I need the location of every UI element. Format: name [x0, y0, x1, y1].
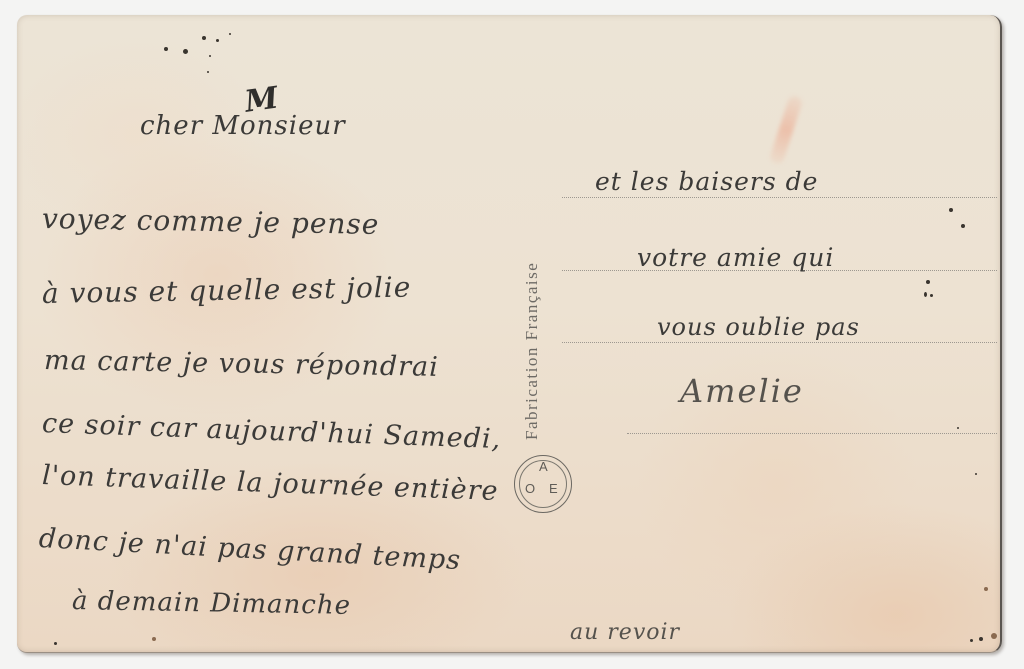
stamp-letter-a: A: [539, 460, 548, 473]
message-line-7: à demain Dimanche: [72, 586, 352, 621]
postcard-back: Fabrication Française A O E cher Monsieu…: [17, 15, 1002, 653]
stamp-letter-o: O: [525, 482, 535, 495]
scan-background: Fabrication Française A O E cher Monsieu…: [0, 0, 1024, 669]
ink-speck: [216, 39, 219, 42]
ink-speck: [229, 33, 231, 35]
right-line-1: et les baisers de: [595, 167, 818, 196]
ink-speck: [54, 642, 57, 645]
ink-speck: [207, 71, 209, 73]
salutation: cher Monsieur: [140, 111, 346, 141]
message-line-3: ma carte je vous répondrai: [44, 345, 439, 383]
ink-speck: [991, 633, 997, 639]
ink-stain: [769, 95, 804, 166]
message-line-2: à vous et quelle est jolie: [42, 271, 412, 310]
address-line: [627, 433, 997, 434]
ink-speck: [975, 473, 977, 475]
ink-speck: [984, 587, 988, 591]
fabrication-francaise-label: Fabrication Française: [522, 200, 544, 440]
ink-speck: [930, 294, 933, 297]
right-line-2: votre amie qui: [637, 243, 834, 272]
message-line-1: voyez comme je pense: [42, 202, 380, 241]
signature: Amelie: [680, 372, 804, 410]
stamp-letter-e: E: [549, 482, 558, 495]
ink-speck: [164, 47, 168, 51]
message-line-6: donc je n'ai pas grand temps: [38, 523, 462, 576]
salutation-overwrite-mark: M: [243, 80, 282, 119]
ink-speck: [152, 637, 156, 641]
right-line-3: vous oublie pas: [657, 313, 860, 341]
ink-speck: [202, 36, 206, 40]
ink-speck: [183, 49, 188, 54]
ink-speck: [979, 637, 983, 641]
ink-speck: [926, 280, 930, 284]
ink-speck: [961, 224, 965, 228]
message-line-5: l'on travaille la journée entière: [41, 460, 499, 507]
ink-speck: [209, 55, 211, 57]
message-line-8: au revoir: [570, 620, 680, 645]
address-line: [562, 197, 997, 198]
ink-speck: [957, 427, 959, 429]
ink-speck: [970, 639, 973, 642]
publisher-monogram-stamp: A O E: [514, 455, 572, 513]
message-line-4: ce soir car aujourd'hui Samedi,: [41, 408, 501, 455]
ink-speck: [924, 292, 927, 297]
address-line: [562, 342, 997, 343]
ink-speck: [949, 208, 953, 212]
